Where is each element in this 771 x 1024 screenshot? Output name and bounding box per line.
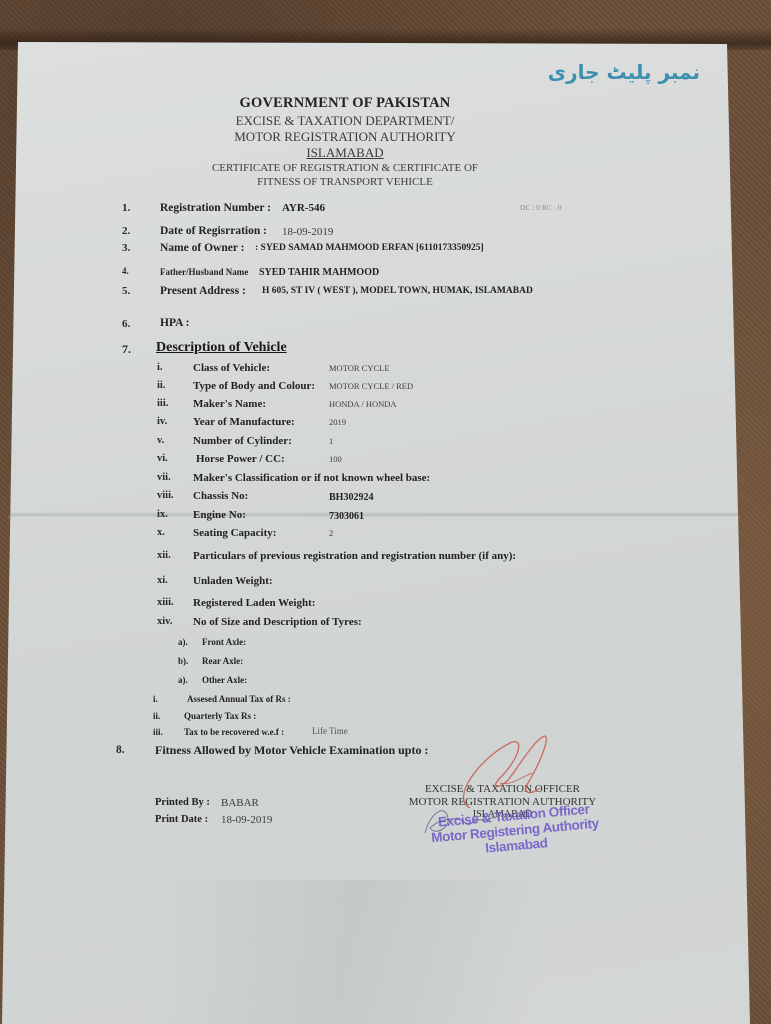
item-numeral: vi. bbox=[157, 453, 168, 464]
item-value: 1 bbox=[329, 436, 333, 446]
present-address-value: H 605, ST IV ( WEST ), MODEL TOWN, HUMAK… bbox=[262, 286, 533, 296]
axle-label: Rear Axle: bbox=[202, 656, 243, 666]
paper-fold-shade bbox=[0, 880, 771, 1024]
item-numeral: ii. bbox=[157, 380, 165, 391]
tax-label: Quarterly Tax Rs : bbox=[184, 711, 256, 721]
item-value: HONDA / HONDA bbox=[329, 399, 397, 409]
item-label: Seating Capacity: bbox=[193, 527, 276, 539]
item-label: Maker's Name: bbox=[193, 398, 266, 410]
item-label: Chassis No: bbox=[193, 490, 248, 502]
axle-label: Front Axle: bbox=[202, 637, 246, 647]
dc-rc-counter: DC : 0 RC : 0 bbox=[520, 203, 561, 212]
header-government: GOVERNMENT OF PAKISTAN bbox=[170, 95, 520, 112]
section-number: 8. bbox=[116, 744, 125, 756]
axle-numeral: b). bbox=[178, 656, 188, 666]
item-label: Year of Manufacture: bbox=[193, 416, 295, 428]
item-label: Engine No: bbox=[193, 509, 246, 521]
present-address-label: Present Address : bbox=[160, 285, 246, 297]
registration-number-label: Registration Number : bbox=[160, 202, 271, 214]
field-number: 4. bbox=[122, 266, 129, 276]
tax-label: Assesed Annual Tax of Rs : bbox=[187, 694, 291, 704]
date-of-registration-label: Date of Regisrration : bbox=[160, 225, 267, 237]
item-label: Type of Body and Colour: bbox=[193, 380, 315, 392]
tax-numeral: iii. bbox=[153, 727, 163, 737]
item-value: BH302924 bbox=[329, 492, 373, 503]
field-number: 1. bbox=[122, 202, 130, 214]
axle-numeral: a). bbox=[178, 637, 188, 647]
name-of-owner-value: : SYED SAMAD MAHMOOD ERFAN [611017335092… bbox=[255, 243, 484, 253]
item-numeral: v. bbox=[157, 435, 164, 446]
item-value: 2 bbox=[329, 528, 333, 538]
header-city: ISLAMABAD bbox=[170, 145, 520, 161]
fitness-label: Fitness Allowed by Motor Vehicle Examina… bbox=[155, 743, 428, 758]
item-numeral: iv. bbox=[157, 416, 167, 427]
item-label: Unladen Weight: bbox=[193, 575, 273, 587]
printed-by-label: Printed By : bbox=[155, 797, 210, 808]
item-label: Maker's Classification or if not known w… bbox=[193, 472, 430, 484]
item-label: No of Size and Description of Tyres: bbox=[193, 616, 362, 628]
item-numeral: ix. bbox=[157, 509, 168, 520]
item-numeral: xiv. bbox=[157, 616, 172, 627]
item-numeral: xii. bbox=[157, 550, 171, 561]
item-value: MOTOR CYCLE bbox=[329, 363, 390, 373]
field-number: 3. bbox=[122, 242, 130, 254]
item-value: MOTOR CYCLE / RED bbox=[329, 381, 413, 391]
axle-label: Other Axle: bbox=[202, 675, 247, 685]
tax-value: Life Time bbox=[312, 726, 348, 736]
father-husband-name-value: SYED TAHIR MAHMOOD bbox=[259, 267, 379, 278]
item-numeral: viii. bbox=[157, 490, 174, 501]
hpa-label: HPA : bbox=[160, 317, 190, 329]
header-certificate-line2: FITNESS OF TRANSPORT VEHICLE bbox=[170, 176, 520, 188]
item-numeral: xi. bbox=[157, 575, 168, 586]
item-numeral: i. bbox=[157, 362, 163, 373]
field-number: 5. bbox=[122, 285, 130, 297]
item-label: Horse Power / CC: bbox=[196, 453, 285, 465]
date-of-registration-value: 18-09-2019 bbox=[282, 226, 333, 238]
father-husband-name-label: Father/Husband Name bbox=[160, 267, 248, 277]
item-label: Particulars of previous registration and… bbox=[193, 550, 516, 562]
item-numeral: x. bbox=[157, 527, 165, 538]
field-number: 6. bbox=[122, 318, 130, 330]
tax-label: Tax to be recovered w.e.f : bbox=[184, 727, 284, 737]
tax-numeral: ii. bbox=[153, 711, 160, 721]
axle-numeral: a). bbox=[178, 675, 188, 685]
item-value: 100 bbox=[329, 454, 342, 464]
item-value: 7303061 bbox=[329, 511, 364, 522]
description-of-vehicle-title: Description of Vehicle bbox=[156, 340, 287, 356]
tax-numeral: i. bbox=[153, 694, 158, 704]
fold-crease bbox=[0, 512, 771, 518]
header-department: EXCISE & TAXATION DEPARTMENT/ bbox=[170, 113, 520, 129]
print-date-value: 18-09-2019 bbox=[221, 814, 272, 826]
item-numeral: vii. bbox=[157, 472, 171, 483]
header-certificate-line1: CERTIFICATE OF REGISTRATION & CERTIFICAT… bbox=[170, 162, 520, 174]
item-label: Class of Vehicle: bbox=[193, 362, 270, 374]
print-date-label: Print Date : bbox=[155, 814, 208, 825]
header-authority: MOTOR REGISTRATION AUTHORITY bbox=[170, 129, 520, 145]
section-number: 7. bbox=[122, 342, 131, 357]
item-label: Registered Laden Weight: bbox=[193, 597, 315, 609]
urdu-number-plate-issued-stamp: نمبر پلیٹ جاری bbox=[540, 60, 700, 84]
item-numeral: xiii. bbox=[157, 597, 174, 608]
item-label: Number of Cylinder: bbox=[193, 435, 292, 447]
registration-number-value: AYR-546 bbox=[282, 202, 325, 214]
field-number: 2. bbox=[122, 225, 130, 237]
item-numeral: iii. bbox=[157, 398, 168, 409]
name-of-owner-label: Name of Owner : bbox=[160, 242, 244, 254]
printed-by-value: BABAR bbox=[221, 797, 259, 809]
item-value: 2019 bbox=[329, 417, 346, 427]
